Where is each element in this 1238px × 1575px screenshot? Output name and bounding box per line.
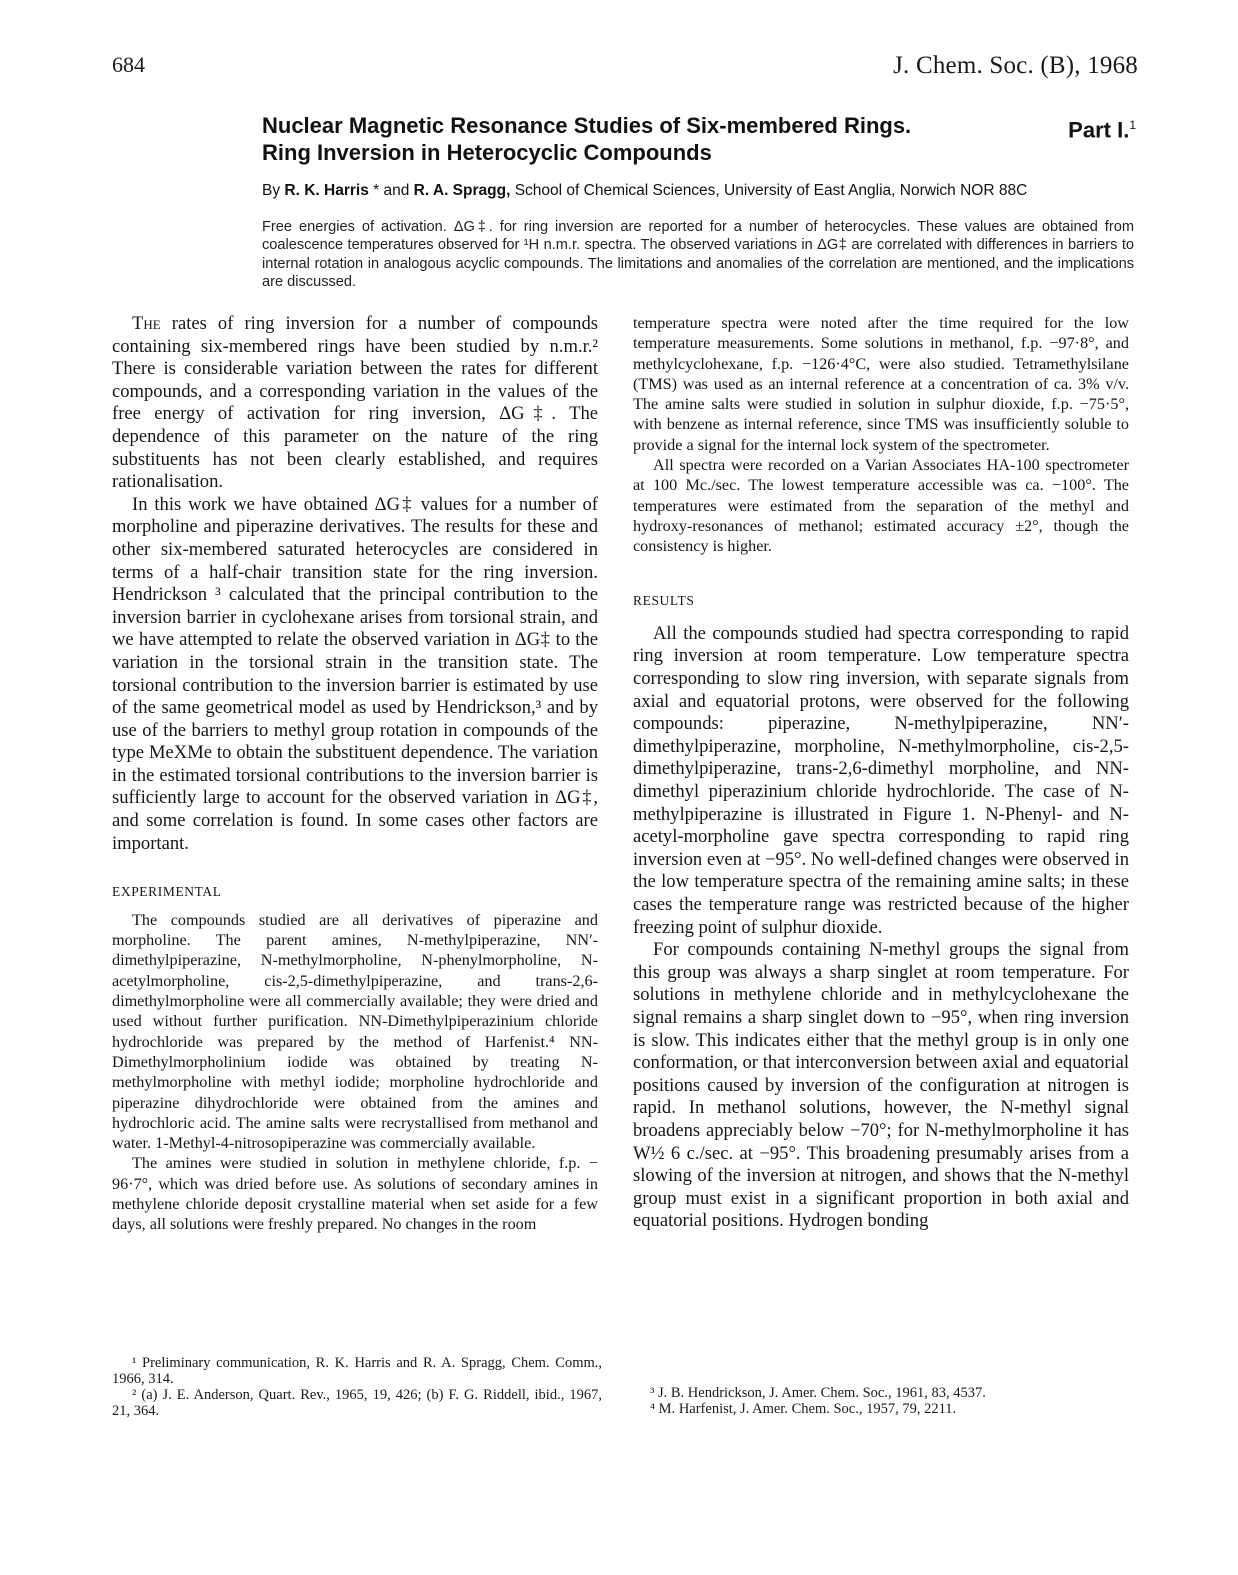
intro-paragraph-2: In this work we have obtained ΔG‡ values… bbox=[112, 494, 598, 856]
title-part: Part I.1 bbox=[1068, 112, 1136, 143]
abstract: Free energies of activation. ΔG‡. for ri… bbox=[262, 218, 1134, 291]
footnotes-right: ³ J. B. Hendrickson, J. Amer. Chem. Soc.… bbox=[650, 1385, 1130, 1417]
right-column: temperature spectra were noted after the… bbox=[633, 313, 1129, 1233]
page-number: 684 bbox=[112, 52, 145, 78]
affiliation: School of Chemical Sciences, University … bbox=[510, 182, 1027, 199]
results-paragraph-2: For compounds containing N-methyl groups… bbox=[633, 939, 1129, 1233]
journal-citation: J. Chem. Soc. (B), 1968 bbox=[893, 52, 1138, 80]
footnote-4: ⁴ M. Harfenist, J. Amer. Chem. Soc., 195… bbox=[650, 1401, 1130, 1417]
experimental-paragraph-3: All spectra were recorded on a Varian As… bbox=[633, 455, 1129, 556]
experimental-body: The compounds studied are all derivative… bbox=[112, 910, 598, 1235]
section-heading-results: Results bbox=[633, 591, 1129, 611]
title-line-2: Ring Inversion in Heterocyclic Compounds bbox=[262, 140, 712, 165]
journal-page: 684 J. Chem. Soc. (B), 1968 Nuclear Magn… bbox=[0, 0, 1238, 1575]
intro-paragraph-1: The rates of ring inversion for a number… bbox=[112, 313, 598, 494]
title-footnote-marker: 1 bbox=[1129, 118, 1136, 132]
experimental-paragraph-2-continued: temperature spectra were noted after the… bbox=[633, 313, 1129, 455]
author-spragg: R. A. Spragg, bbox=[414, 182, 511, 199]
left-column: The rates of ring inversion for a number… bbox=[112, 313, 598, 1235]
footnote-3: ³ J. B. Hendrickson, J. Amer. Chem. Soc.… bbox=[650, 1385, 1130, 1401]
footnotes-left: ¹ Preliminary communication, R. K. Harri… bbox=[112, 1355, 602, 1419]
results-body: All the compounds studied had spectra co… bbox=[633, 623, 1129, 1233]
footnote-2: ² (a) J. E. Anderson, Quart. Rev., 1965,… bbox=[112, 1387, 602, 1419]
section-heading-experimental: Experimental bbox=[112, 881, 598, 904]
experimental-paragraph-2: The amines were studied in solution in m… bbox=[112, 1153, 598, 1234]
title-line-1: Nuclear Magnetic Resonance Studies of Si… bbox=[262, 113, 911, 138]
experimental-paragraph-1: The compounds studied are all derivative… bbox=[112, 910, 598, 1154]
author-harris: R. K. Harris bbox=[284, 182, 368, 199]
results-paragraph-1: All the compounds studied had spectra co… bbox=[633, 623, 1129, 939]
byline: By R. K. Harris * and R. A. Spragg, Scho… bbox=[262, 182, 1142, 200]
footnote-1: ¹ Preliminary communication, R. K. Harri… bbox=[112, 1355, 602, 1387]
article-title: Nuclear Magnetic Resonance Studies of Si… bbox=[262, 112, 1162, 166]
